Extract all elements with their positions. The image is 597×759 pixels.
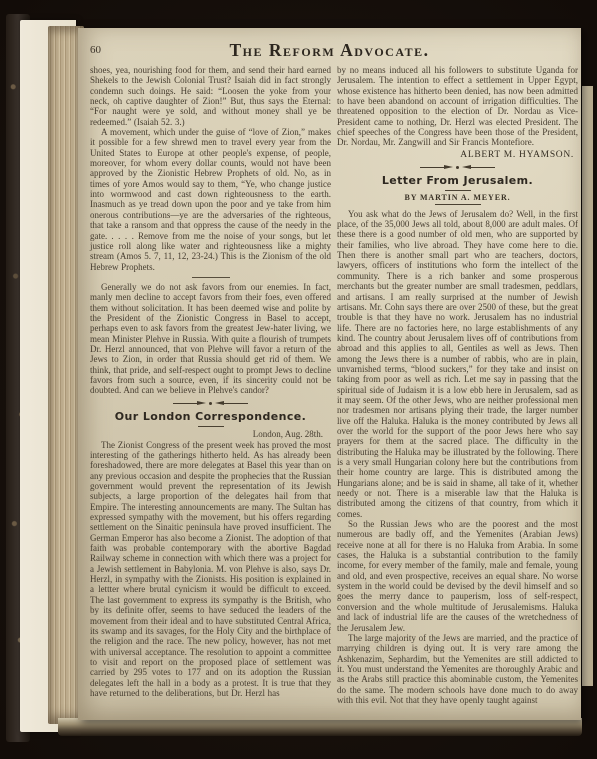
divider-arrow-left-icon <box>462 165 471 169</box>
right-column: by no means induced all his followers to… <box>337 65 578 705</box>
dateline: London, Aug. 28th. <box>90 429 331 439</box>
page-bottom-curl <box>58 718 582 736</box>
paragraph: shoes, yea, nourishing food for them, an… <box>90 65 331 127</box>
divider-line <box>173 403 197 404</box>
heading-underline <box>445 190 471 191</box>
paragraph: by no means induced all his followers to… <box>337 65 578 148</box>
text-columns: shoes, yea, nourishing food for them, an… <box>90 65 579 705</box>
byline: BY MARTIN A. MEYER. <box>337 193 578 202</box>
heading-underline <box>198 426 224 427</box>
paragraph: So the Russian Jews who are the poorest … <box>337 519 578 633</box>
next-page-edge <box>582 86 593 686</box>
paragraph: The Zionist Congress of the present week… <box>90 440 331 699</box>
paragraph: A movement, which under the guise of “lo… <box>90 127 331 272</box>
divider-line <box>420 167 444 168</box>
section-heading-london: Our London Correspondence. <box>90 410 331 423</box>
divider-arrow-right-icon <box>197 401 206 405</box>
paragraph: Generally we do not ask favors from our … <box>90 282 331 396</box>
byline-underline <box>435 204 481 205</box>
paragraph: The large majority of the Jews are marri… <box>337 633 578 705</box>
divider-dot-icon <box>456 166 459 169</box>
arrow-divider <box>90 400 331 407</box>
masthead-title: The Reform Advocate. <box>78 40 581 61</box>
paragraph: You ask what do the Jews of Jerusalem do… <box>337 209 578 519</box>
scanned-page: 60 The Reform Advocate. shoes, yea, nour… <box>78 28 581 720</box>
divider-line <box>224 403 248 404</box>
arrow-divider <box>337 164 578 171</box>
short-rule-divider <box>192 277 230 278</box>
divider-arrow-left-icon <box>215 401 224 405</box>
author-signature: ALBERT M. HYAMSON. <box>337 150 578 160</box>
page-header: 60 The Reform Advocate. <box>78 40 581 64</box>
divider-dot-icon <box>209 402 212 405</box>
divider-arrow-right-icon <box>444 165 453 169</box>
left-column: shoes, yea, nourishing food for them, an… <box>90 65 331 705</box>
section-heading-jerusalem: Letter From Jerusalem. <box>337 174 578 187</box>
divider-line <box>471 167 495 168</box>
